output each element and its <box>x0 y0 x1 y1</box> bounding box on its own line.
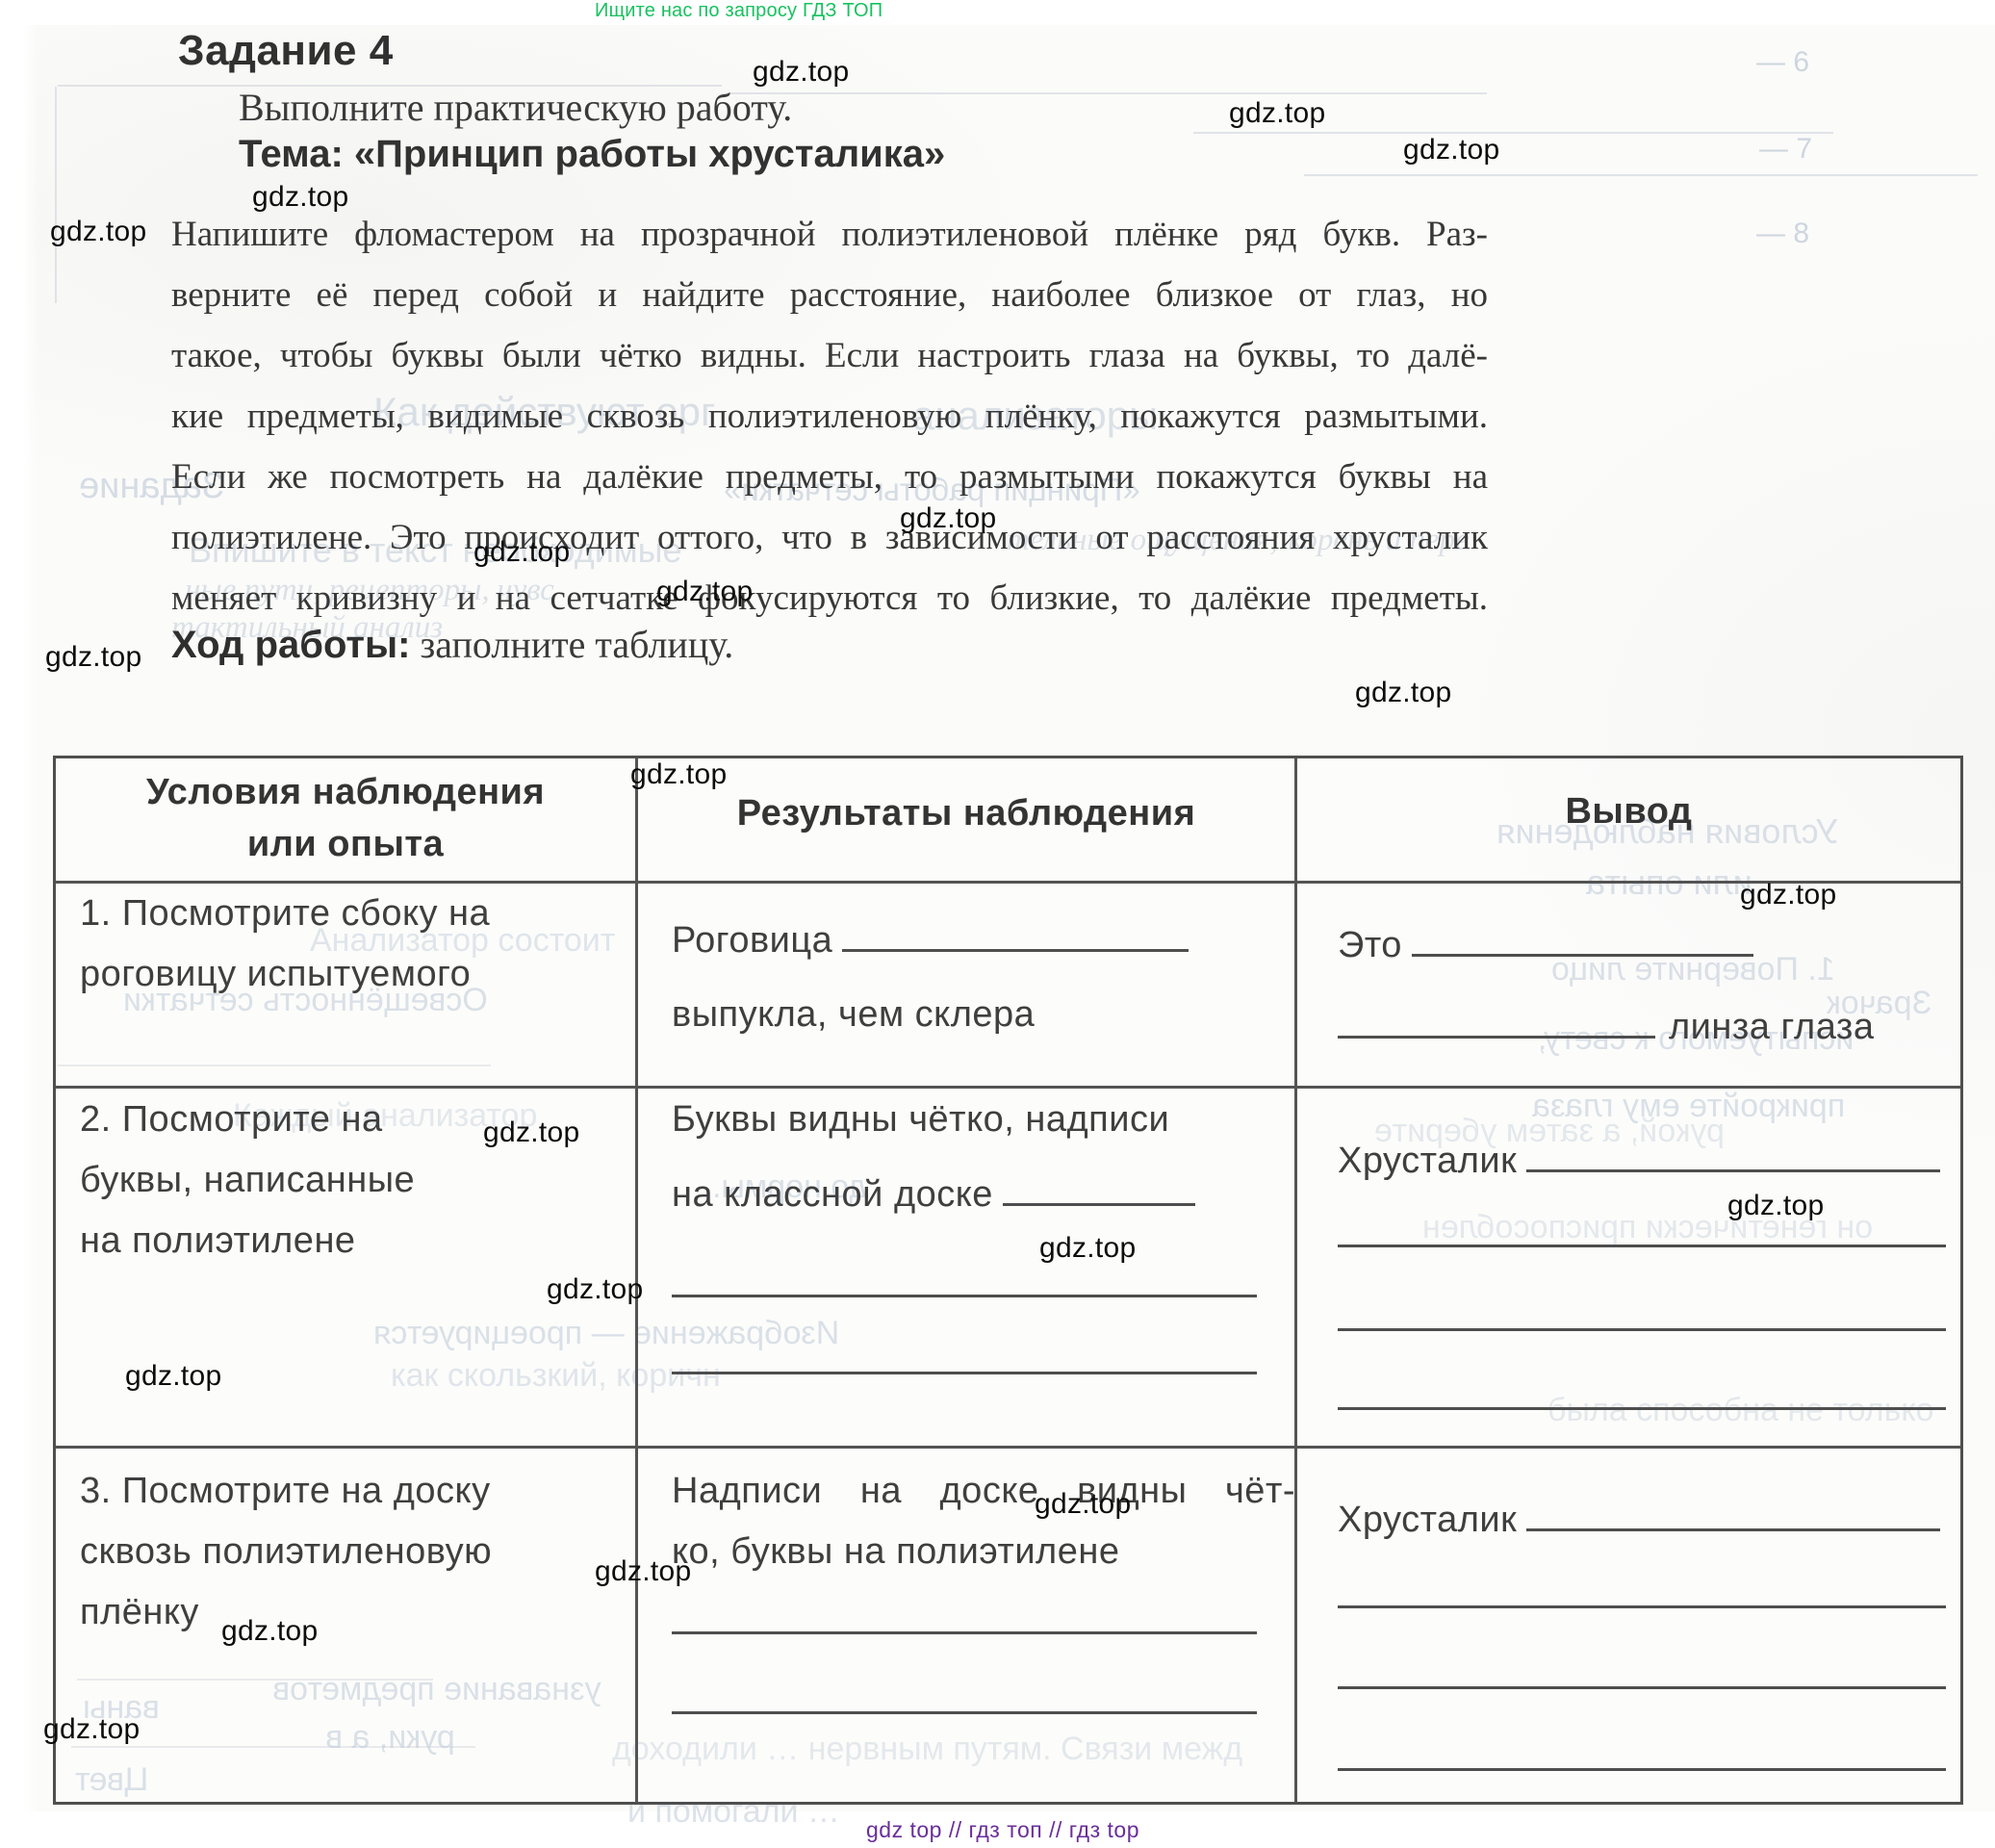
gdz-watermark: gdz.top <box>1355 677 1452 709</box>
gdz-watermark: gdz.top <box>1035 1488 1132 1521</box>
table-header-conclusion: Вывод <box>1297 791 1960 833</box>
table-cell-condition: 3. Посмотрите на доску <box>80 1471 491 1512</box>
table-cell-conclusion: Хрусталик <box>1338 1141 1940 1182</box>
answer-blank <box>1338 1015 1655 1039</box>
answer-blank <box>1526 1149 1940 1172</box>
gdz-watermark: gdz.top <box>483 1116 580 1149</box>
table-row-divider <box>56 1086 1960 1089</box>
answer-blank <box>1526 1508 1940 1531</box>
gdz-watermark: gdz.top <box>595 1555 692 1588</box>
worksheet-table: Условия наблюдения или опыта Результаты … <box>53 756 1963 1805</box>
promo-banner-top: Ищите нас по запросу ГДЗ ТОП <box>595 0 882 22</box>
table-cell-condition: 1. Посмотрите сбоку на <box>80 893 490 935</box>
answer-blank <box>842 929 1189 952</box>
gdz-watermark: gdz.top <box>43 1713 141 1746</box>
gdz-watermark: gdz.top <box>473 536 571 569</box>
intro-line: верните её перед собой и найдите расстоя… <box>171 276 1488 316</box>
answer-blank <box>672 1295 1257 1297</box>
conclusion-text: Хрусталик <box>1338 1141 1517 1181</box>
bleed-text: — 7 <box>1759 133 1812 166</box>
answer-blank <box>672 1631 1257 1634</box>
bleed-text: — 6 <box>1756 46 1809 79</box>
answer-blank <box>1338 1686 1946 1689</box>
table-cell-condition: роговицу испытуемого <box>80 954 471 995</box>
table-cell-result: Буквы видны чётко, надписи <box>672 1099 1169 1141</box>
answer-blank <box>1338 1328 1946 1331</box>
intro-line: Если же посмотреть на далёкие предметы, … <box>171 458 1488 498</box>
gdz-watermark: gdz.top <box>1229 97 1326 130</box>
gdz-watermark: gdz.top <box>252 181 349 214</box>
result-text: Роговица <box>672 920 832 961</box>
bleed-line <box>727 92 1487 94</box>
table-row-divider <box>56 881 1960 884</box>
answer-blank <box>672 1711 1257 1714</box>
gdz-watermark: gdz.top <box>1727 1190 1825 1222</box>
bleed-line <box>1304 174 1978 176</box>
table-cell-result: Роговица <box>672 920 1189 962</box>
table-cell-conclusion: Это <box>1338 925 1753 966</box>
table-cell-result: Надписи на доске видны чёт- <box>672 1471 1295 1512</box>
promo-banner-bottom: gdz top // гдз топ // гдз top <box>866 1817 1139 1843</box>
conclusion-text: Хрусталик <box>1338 1500 1517 1540</box>
table-cell-result: на классной доске <box>672 1174 1195 1216</box>
table-cell-condition: буквы, написанные <box>80 1160 415 1201</box>
intro-line: полиэтилене. Это происходит оттого, что … <box>171 519 1488 558</box>
table-cell-condition: 2. Посмотрите на <box>80 1099 383 1141</box>
gdz-watermark: gdz.top <box>900 502 997 535</box>
bleed-line <box>55 87 57 303</box>
table-header-conditions: Условия наблюдения <box>56 772 635 813</box>
table-header-conditions: или опыта <box>56 824 635 865</box>
intro-line: Напишите фломастером на прозрачной полиэ… <box>171 216 1488 255</box>
gdz-watermark: gdz.top <box>1039 1232 1137 1265</box>
gdz-watermark: gdz.top <box>630 758 728 791</box>
answer-blank <box>1338 1605 1946 1608</box>
scan-edge-left <box>0 0 38 1848</box>
conclusion-text: Это <box>1338 925 1402 965</box>
table-cell-result: ко, буквы на полиэтилене <box>672 1531 1119 1573</box>
answer-blank <box>1003 1183 1195 1206</box>
answer-blank <box>1412 934 1753 957</box>
gdz-watermark: gdz.top <box>753 56 850 89</box>
table-cell-condition: на полиэтилене <box>80 1220 356 1262</box>
task-instruction: Выполните практическую работу. <box>239 85 792 130</box>
task-title: Задание 4 <box>178 27 394 75</box>
scan-edge-top <box>0 0 1995 25</box>
work-order-line: Ход работы: заполните таблицу. <box>171 622 733 667</box>
intro-line: такое, чтобы буквы были чётко видны. Есл… <box>171 337 1488 376</box>
table-cell-condition: сквозь полиэтиленовую <box>80 1531 492 1573</box>
table-cell-condition: плёнку <box>80 1592 199 1633</box>
work-order-text: заполните таблицу. <box>410 623 733 666</box>
table-header-results: Результаты наблюдения <box>638 793 1294 834</box>
bleed-line <box>1193 132 1833 134</box>
table-cell-result: выпукла, чем склера <box>672 994 1035 1036</box>
intro-line: кие предметы, видимые сквозь полиэтилено… <box>171 398 1488 437</box>
table-column-divider <box>1294 758 1297 1802</box>
work-order-label: Ход работы: <box>171 624 410 666</box>
gdz-watermark: gdz.top <box>125 1360 222 1393</box>
table-row-divider <box>56 1446 1960 1449</box>
bleed-text: — 8 <box>1756 218 1809 250</box>
task-theme: Тема: «Принцип работы хрусталика» <box>239 133 945 176</box>
gdz-watermark: gdz.top <box>547 1273 644 1306</box>
answer-blank <box>1338 1768 1946 1771</box>
table-cell-conclusion: линза глаза <box>1338 1007 1874 1048</box>
scanned-workbook-page: — 6 — 7 — 8 Как действуют орг анализатор… <box>0 0 1995 1848</box>
gdz-watermark: gdz.top <box>1403 134 1500 167</box>
gdz-watermark: gdz.top <box>50 216 147 248</box>
gdz-watermark: gdz.top <box>656 576 754 608</box>
conclusion-text: линза глаза <box>1669 1007 1874 1047</box>
answer-blank <box>1338 1407 1946 1410</box>
gdz-watermark: gdz.top <box>45 641 142 674</box>
result-text: на классной доске <box>672 1174 993 1215</box>
intro-line: меняет кривизну и на сетчатке фокусируют… <box>171 579 1488 619</box>
answer-blank <box>672 1372 1257 1374</box>
gdz-watermark: gdz.top <box>1740 879 1837 911</box>
answer-blank <box>1338 1245 1946 1247</box>
table-cell-conclusion: Хрусталик <box>1338 1500 1940 1541</box>
gdz-watermark: gdz.top <box>221 1615 319 1648</box>
